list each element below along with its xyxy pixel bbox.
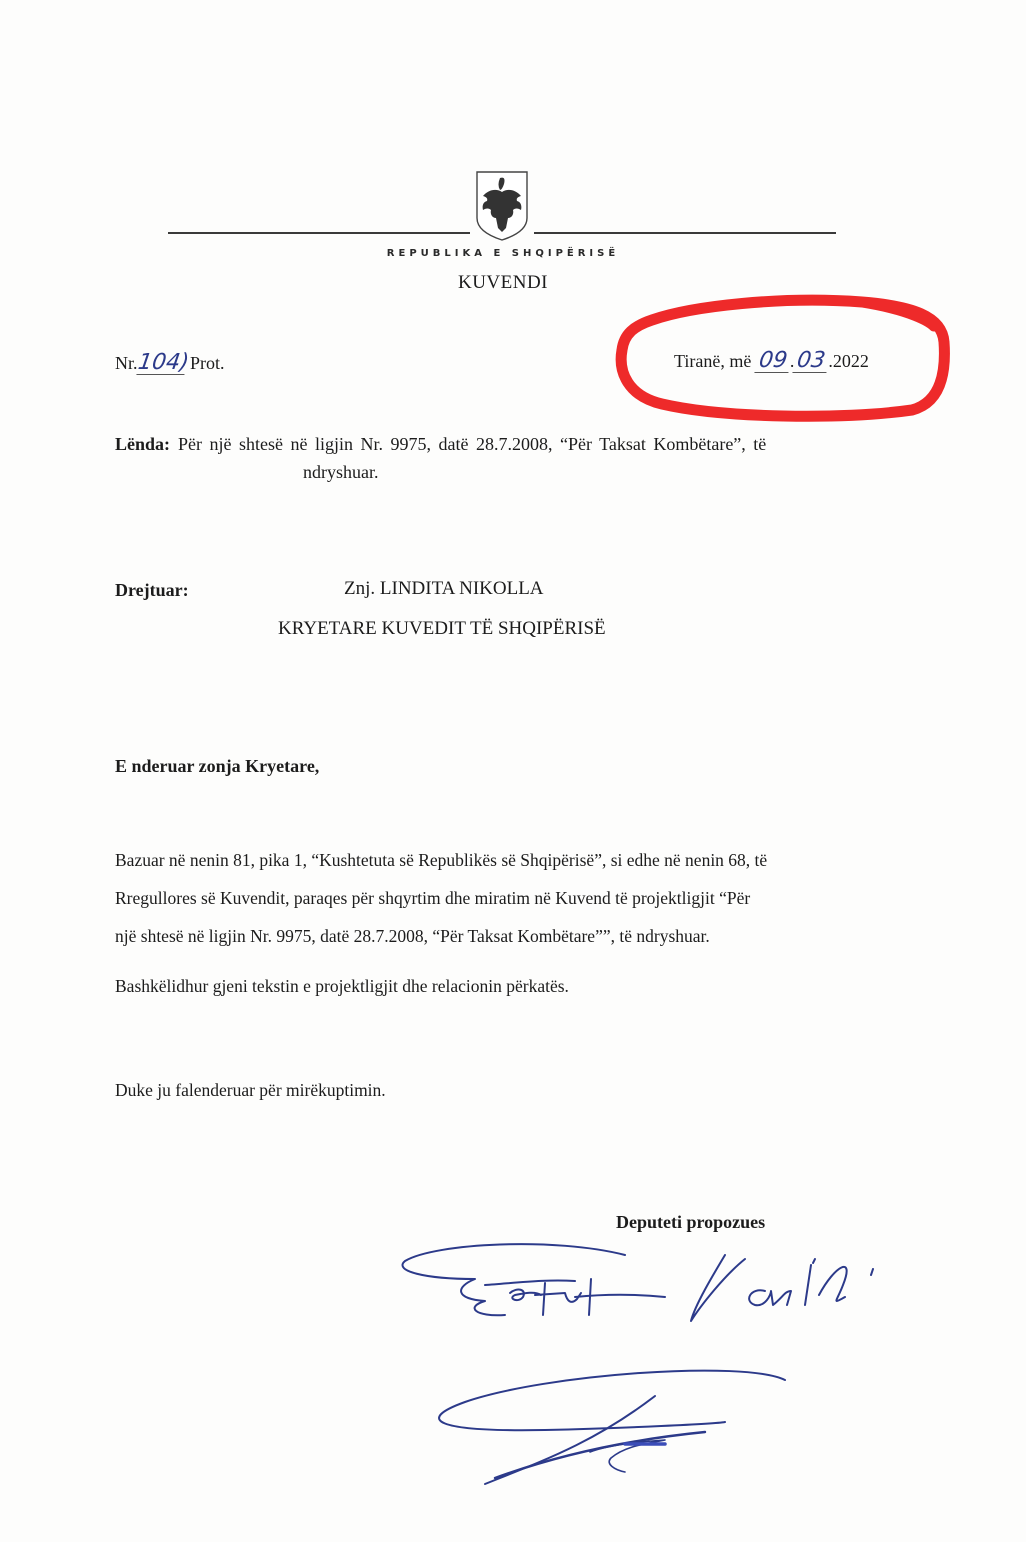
- addressee-name: Znj. LINDITA NIKOLLA: [344, 578, 544, 600]
- salutation: E nderuar zonja Kryetare,: [115, 756, 319, 777]
- date-month-handwritten: 03: [793, 350, 830, 373]
- protocol-suffix: Prot.: [190, 353, 225, 373]
- closing-line: Duke ju falenderuar për mirëkuptimin.: [115, 1080, 386, 1101]
- protocol-number: Nr.104) Prot.: [115, 352, 225, 375]
- header-rule-left: [168, 232, 470, 234]
- emblem-icon: [474, 170, 530, 242]
- handwritten-signature-mark: [425, 1360, 805, 1505]
- date-day-handwritten: 09: [754, 350, 791, 373]
- subject-label: Lënda:: [115, 434, 170, 454]
- header-rule-right: [534, 232, 836, 234]
- subject-line: Lënda:Për një shtesë në ligjin Nr. 9975,…: [115, 434, 905, 455]
- body-line-2: Rregullores së Kuvendit, paraqes për shq…: [115, 888, 750, 909]
- body-line-3: një shtesë në ligjin Nr. 9975, datë 28.7…: [115, 926, 710, 947]
- date-prefix: Tiranë, më: [674, 351, 751, 371]
- signature-label: Deputeti propozues: [616, 1212, 765, 1233]
- document-date: Tiranë, më 09.03.2022: [674, 350, 869, 373]
- protocol-prefix: Nr.: [115, 353, 138, 373]
- body-line-1: Bazuar në nenin 81, pika 1, “Kushtetuta …: [115, 850, 767, 871]
- attachment-note: Bashkëlidhur gjeni tekstin e projektligj…: [115, 976, 569, 997]
- addressee-title: KRYETARE KUVEDIT TË SHQIPËRISË: [278, 618, 606, 640]
- handwritten-signature-name: [395, 1235, 915, 1350]
- republika-heading: REPUBLIKA E SHQIPËRISË: [0, 248, 1006, 259]
- addressee-label: Drejtuar:: [115, 580, 189, 601]
- institution-heading: KUVENDI: [0, 272, 1006, 294]
- subject-text: Për një shtesë në ligjin Nr. 9975, datë …: [178, 434, 766, 454]
- date-year: .2022: [828, 351, 869, 371]
- protocol-number-handwritten: 104): [136, 352, 187, 375]
- subject-line-continued: ndryshuar.: [303, 462, 379, 483]
